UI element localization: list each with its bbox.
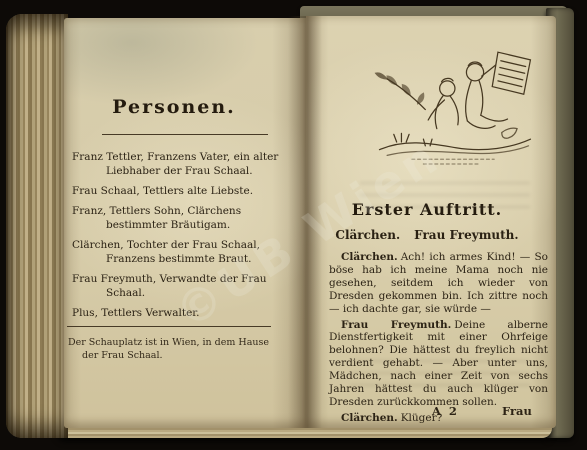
setting-footnote: Der Schauplatz ist in Wien, in dem Hause… [68,337,288,362]
cast-item: Clärchen, Tochter der Frau Schaal, Franz… [72,238,290,266]
scene-person: Frau Freymuth. [414,228,518,242]
cast-item: Frau Schaal, Tettlers alte Liebste. [72,184,290,198]
cast-list-heading: Personen. [64,96,284,118]
page-block-fore-edge [6,14,68,438]
dialogue-paragraph: Frau Freymuth.Deine alberne Dienstfertig… [329,319,548,409]
scene-person: Clärchen. [335,228,400,242]
speaker-name: Clärchen. [341,251,398,263]
cast-item: Plus, Tettlers Verwalter. [72,306,290,320]
footnote-rule [67,326,271,327]
right-page: Erster Auftritt. Clärchen.Frau Freymuth.… [306,16,556,428]
signature-mark: A 2 [432,404,459,418]
cast-item: Frau Freymuth, Verwandte der Frau Schaal… [72,272,290,300]
catchword: Frau [502,404,532,418]
cast-item: Franz Tettler, Franzens Vater, ein alter… [72,150,290,178]
heading-rule [102,134,268,135]
cast-list: Franz Tettler, Franzens Vater, ein alter… [72,150,290,326]
dialogue-block: Clärchen.Ach! ich armes Kind! — So böse … [329,251,548,428]
page-footer-line: A 2 Frau [306,404,556,420]
scene-persons-line: Clärchen.Frau Freymuth. [306,228,548,242]
speech-text: Deine alberne Dienstfertigkeit mit einer… [329,319,548,408]
book-photo: Personen. Franz Tettler, Franzens Vater,… [0,0,587,450]
dialogue-paragraph: Clärchen.Ach! ich armes Kind! — So böse … [329,251,548,316]
speaker-name: Frau Freymuth. [341,319,451,331]
left-page: Personen. Franz Tettler, Franzens Vater,… [64,18,306,428]
putti-vignette-illustration [368,40,540,180]
cast-item: Franz, Tettlers Sohn, Clärchens bestimmt… [72,204,290,232]
scene-heading: Erster Auftritt. [306,200,548,219]
